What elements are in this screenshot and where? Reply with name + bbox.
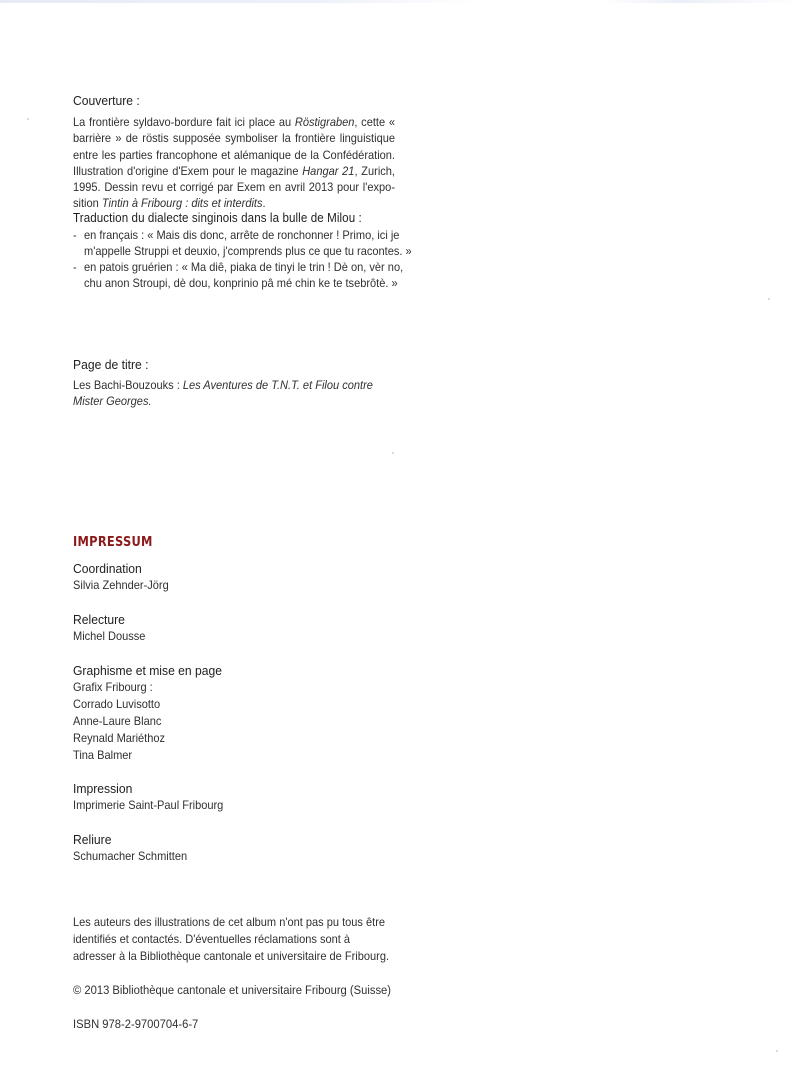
credit-person: Imprimerie Saint-Paul Fribourg bbox=[73, 797, 223, 814]
title-page-label: Page de titre : bbox=[73, 356, 395, 373]
translation-item-patois: en patois gruérien : « Ma diê, piaka de … bbox=[73, 259, 415, 292]
credit-role: Coordination bbox=[73, 560, 169, 577]
credit-binding: Reliure Schumacher Schmitten bbox=[73, 831, 187, 865]
italic-run: Tintin à Fribourg : dits et interdits bbox=[102, 196, 263, 210]
translation-list: en français : « Mais dis donc, arrête de… bbox=[73, 227, 415, 292]
scan-speck bbox=[776, 1050, 778, 1052]
scan-speck bbox=[27, 118, 29, 120]
credit-person: Grafix Fribourg : bbox=[73, 679, 222, 696]
credit-person: Corrado Luvisotto bbox=[73, 696, 222, 713]
cover-label: Couverture : bbox=[73, 92, 395, 109]
scan-speck bbox=[768, 298, 770, 300]
title-page-section: Page de titre : Les Bachi-Bouzouks : Les… bbox=[73, 356, 395, 410]
scan-top-edge bbox=[0, 0, 800, 3]
credit-coordination: Coordination Silvia Zehnder-Jörg bbox=[73, 560, 169, 594]
isbn-line: ISBN 978-2-9700704-6-7 bbox=[73, 1017, 198, 1031]
credit-printing: Impression Imprimerie Saint-Paul Fribour… bbox=[73, 780, 223, 814]
rights-notice: Les auteurs des illustrations de cet alb… bbox=[73, 914, 390, 965]
credit-person: Tina Balmer bbox=[73, 747, 222, 764]
impressum-heading: IMPRESSUM bbox=[73, 535, 153, 550]
translation-section: Traduction du dialecte singinois dans la… bbox=[73, 210, 415, 292]
credit-role: Relecture bbox=[73, 611, 145, 628]
title-page-description: Les Bachi-Bouzouks : Les Aventures de T.… bbox=[73, 377, 395, 410]
translation-label: Traduction du dialecte singinois dans la… bbox=[73, 210, 415, 227]
credit-role: Graphisme et mise en page bbox=[73, 662, 222, 679]
credit-person: Schumacher Schmitten bbox=[73, 848, 187, 865]
credit-role: Reliure bbox=[73, 831, 187, 848]
text-run: . bbox=[263, 196, 266, 210]
credit-graphic-design: Graphisme et mise en page Grafix Fribour… bbox=[73, 662, 222, 764]
text-run: La frontière syldavo-bordure fait ici pl… bbox=[73, 115, 295, 129]
credit-person: Silvia Zehnder-Jörg bbox=[73, 577, 169, 594]
credit-proofreading: Relecture Michel Dousse bbox=[73, 611, 145, 645]
scan-speck bbox=[392, 452, 394, 454]
cover-description: La frontière syldavo-bordure fait ici pl… bbox=[73, 114, 395, 212]
italic-run: Hangar 21 bbox=[302, 164, 354, 178]
italic-run: Röstigraben bbox=[295, 115, 355, 129]
credit-person: Reynald Mariéthoz bbox=[73, 730, 222, 747]
credit-role: Impression bbox=[73, 780, 223, 797]
translation-item-french: en français : « Mais dis donc, arrête de… bbox=[73, 227, 415, 260]
copyright-line: © 2013 Bibliothèque cantonale et univers… bbox=[73, 983, 391, 997]
text-run: Les Bachi-Bouzouks : bbox=[73, 378, 183, 392]
credit-person: Michel Dousse bbox=[73, 628, 145, 645]
cover-credit-section: Couverture : La frontière syldavo-bordur… bbox=[73, 92, 395, 212]
credit-person: Anne-Laure Blanc bbox=[73, 713, 222, 730]
